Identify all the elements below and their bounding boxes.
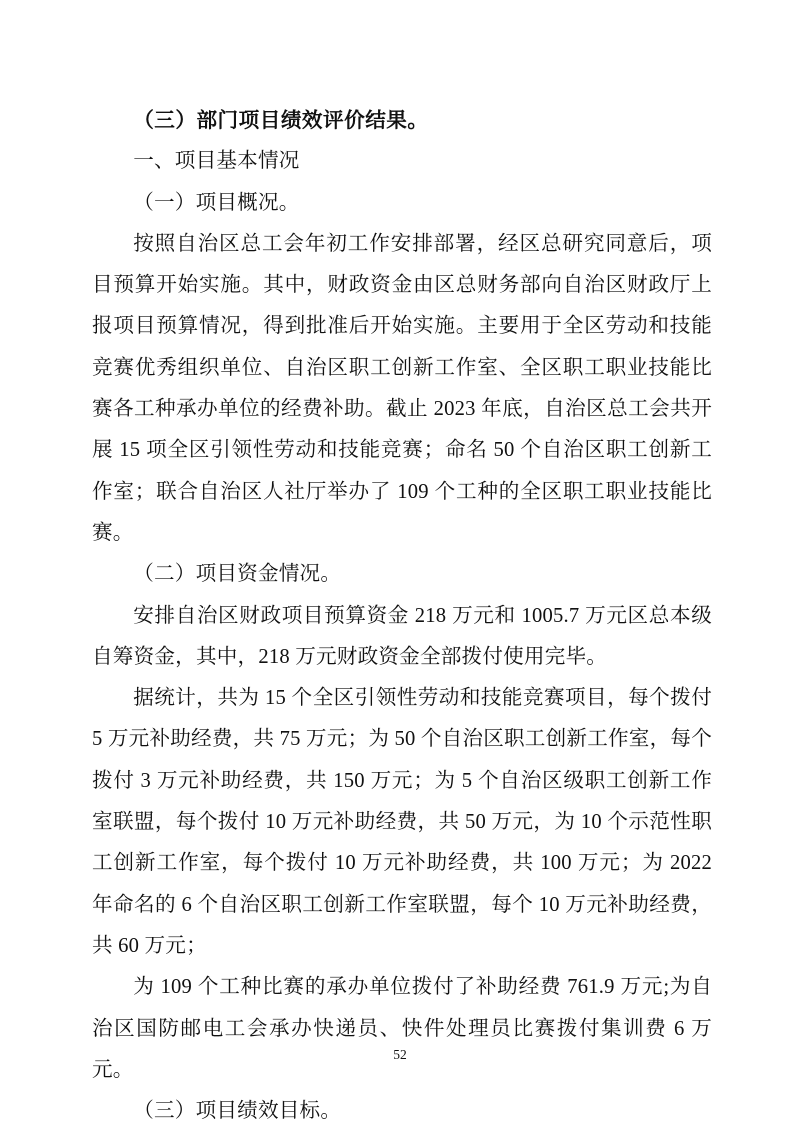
document-page: （三）部门项目绩效评价结果。 一、项目基本情况 （一）项目概况。 按照自治区总工… — [0, 0, 800, 1131]
subheading-performance-goals: （三）项目绩效目标。 — [92, 1091, 712, 1131]
section-heading-performance-evaluation-results: （三）部门项目绩效评价结果。 — [92, 100, 712, 141]
paragraph-funding-statistics: 据统计，共为 15 个全区引领性劳动和技能竞赛项目，每个拨付 5 万元补助经费，… — [92, 678, 712, 967]
subheading-project-overview: （一）项目概况。 — [92, 183, 712, 224]
page-number: 52 — [0, 1046, 800, 1064]
document-body: （三）部门项目绩效评价结果。 一、项目基本情况 （一）项目概况。 按照自治区总工… — [92, 100, 712, 1131]
paragraph-funding-budget: 安排自治区财政项目预算资金 218 万元和 1005.7 万元区总本级自筹资金，… — [92, 596, 712, 679]
subheading-project-funding: （二）项目资金情况。 — [92, 554, 712, 595]
paragraph-funding-competition-subsidy: 为 109 个工种比赛的承办单位拨付了补助经费 761.9 万元;为自治区国防邮… — [92, 967, 712, 1091]
paragraph-project-overview-body: 按照自治区总工会年初工作安排部署，经区总研究同意后，项目预算开始实施。其中，财政… — [92, 224, 712, 554]
heading-project-basic-info: 一、项目基本情况 — [92, 141, 712, 182]
